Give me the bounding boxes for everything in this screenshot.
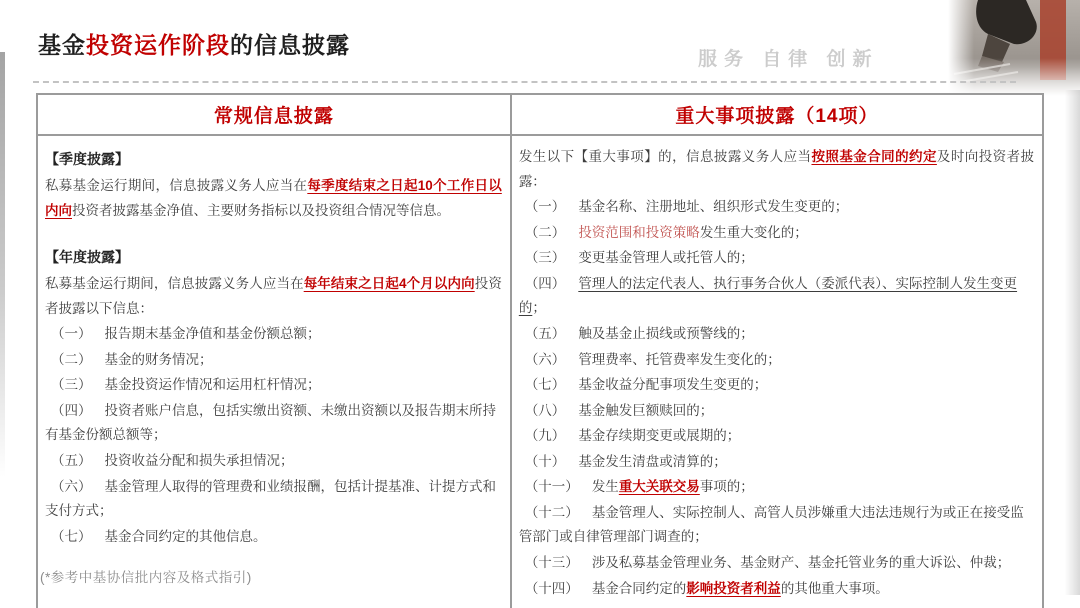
right-edge-shadow xyxy=(1062,90,1080,595)
list-item: （三）基金投资运作情况和运用杠杆情况； xyxy=(45,373,502,398)
text-segment: 发生 xyxy=(592,479,619,494)
text-segment: 基金触发巨额赎回的； xyxy=(578,403,713,418)
item-number: （二） xyxy=(51,352,92,367)
text-segment: 基金合同约定的其他信息。 xyxy=(105,529,267,544)
header-major-events-disclosure: 重大事项披露（14项） xyxy=(511,94,1043,135)
title-part-2: 的信息披露 xyxy=(230,32,350,58)
item-number: （四） xyxy=(525,276,566,291)
list-item: （五）触及基金止损线或预警线的； xyxy=(519,322,1034,347)
list-item: （七）基金收益分配事项发生变更的； xyxy=(519,373,1034,398)
item-number: （十） xyxy=(525,454,566,469)
text-segment: ； xyxy=(532,300,546,315)
list-item: （九）基金存续期变更或展期的； xyxy=(519,424,1034,449)
list-item: （十三）涉及私募基金管理业务、基金财产、基金托管业务的重大诉讼、仲裁； xyxy=(519,551,1034,576)
text-segment: 投资者账户信息，包括实缴出资额、未缴出资额以及报告期末所持有基金份额总额等； xyxy=(45,403,496,443)
item-number: （十四） xyxy=(525,581,579,596)
photo-bottom-fade xyxy=(948,58,1080,96)
item-number: （三） xyxy=(525,250,566,265)
annual-disclosure-items: （一）报告期末基金净值和基金份额总额；（二）基金的财务情况；（三）基金投资运作情… xyxy=(45,322,502,549)
item-number: （五） xyxy=(525,326,566,341)
item-number: （十三） xyxy=(525,555,579,570)
table-body-row: 【季度披露】 私募基金运行期间，信息披露义务人应当在每季度结束之日起10个工作日… xyxy=(37,135,1043,608)
title-accent: 投资运作阶段 xyxy=(86,32,230,58)
text-segment: 管理费率、托管费率发生变化的； xyxy=(578,352,781,367)
item-number: （二） xyxy=(525,225,566,240)
text-segment: 发生重大变化的； xyxy=(700,225,808,240)
text-segment: 报告期末基金净值和基金份额总额； xyxy=(105,326,321,341)
list-item: （十一）发生重大关联交易事项的； xyxy=(519,475,1034,500)
item-number: （六） xyxy=(525,352,566,367)
list-item: （八）基金触发巨额赎回的； xyxy=(519,399,1034,424)
list-item: （四）投资者账户信息，包括实缴出资额、未缴出资额以及报告期末所持有基金份额总额等… xyxy=(45,399,502,448)
list-item: （五）投资收益分配和损失承担情况； xyxy=(45,449,502,474)
list-item: （四）管理人的法定代表人、执行事务合伙人（委派代表）、实际控制人发生变更的； xyxy=(519,272,1034,321)
text-segment: 涉及私募基金管理业务、基金财产、基金托管业务的重大诉讼、仲裁； xyxy=(592,555,1011,570)
list-item: （七）基金合同约定的其他信息。 xyxy=(45,525,502,550)
item-number: （五） xyxy=(51,453,92,468)
disclosure-table: 常规信息披露 重大事项披露（14项） 【季度披露】 私募基金运行期间，信息披露义… xyxy=(36,93,1044,608)
header-regular-disclosure: 常规信息披露 xyxy=(37,94,511,135)
text-segment: 私募基金运行期间，信息披露义务人应当在 xyxy=(45,178,307,193)
item-number: （八） xyxy=(525,403,566,418)
item-number: （三） xyxy=(51,377,92,392)
list-item: （三）变更基金管理人或托管人的； xyxy=(519,246,1034,271)
text-segment: 触及基金止损线或预警线的； xyxy=(578,326,754,341)
text-segment: 的其他重大事项。 xyxy=(781,581,889,596)
quarterly-disclosure-label: 【季度披露】 xyxy=(45,147,502,172)
text-segment: 基金管理人取得的管理费和业绩报酬，包括计提基准、计提方式和支付方式； xyxy=(45,479,496,519)
cell-regular-disclosure: 【季度披露】 私募基金运行期间，信息披露义务人应当在每季度结束之日起10个工作日… xyxy=(37,135,511,608)
text-segment: 基金发生清盘或清算的； xyxy=(578,454,727,469)
list-item: （六）基金管理人取得的管理费和业绩报酬，包括计提基准、计提方式和支付方式； xyxy=(45,475,502,524)
text-segment: 基金存续期变更或展期的； xyxy=(578,428,740,443)
text-segment: 基金管理人、实际控制人、高管人员涉嫌重大违法违规行为或正在接受监管部门或自律管理… xyxy=(519,505,1024,545)
item-number: （四） xyxy=(51,403,92,418)
item-number: （九） xyxy=(525,428,566,443)
text-segment: 按照基金合同的约定 xyxy=(811,149,936,164)
list-item: （六）管理费率、托管费率发生变化的； xyxy=(519,348,1034,373)
item-number: （十二） xyxy=(525,505,579,520)
title-part-1: 基金 xyxy=(38,32,86,58)
item-number: （七） xyxy=(51,529,92,544)
text-segment: 基金收益分配事项发生变更的； xyxy=(578,377,767,392)
slogan-watermark: 服务 自律 创新 xyxy=(698,44,879,71)
text-segment: 影响投资者利益 xyxy=(686,581,781,596)
item-number: （十一） xyxy=(525,479,579,494)
list-item: （十二）基金管理人、实际控制人、高管人员涉嫌重大违法违规行为或正在接受监管部门或… xyxy=(519,501,1034,550)
table-header-row: 常规信息披露 重大事项披露（14项） xyxy=(37,94,1043,135)
list-item: （十四）基金合同约定的影响投资者利益的其他重大事项。 xyxy=(519,577,1034,602)
text-segment: 基金的财务情况； xyxy=(105,352,213,367)
text-segment: 发生以下【重大事项】的，信息披露义务人应当 xyxy=(519,149,812,164)
annual-disclosure-label: 【年度披露】 xyxy=(45,245,502,270)
text-segment: 基金投资运作情况和运用杠杆情况； xyxy=(105,377,321,392)
text-segment: 变更基金管理人或托管人的； xyxy=(578,250,754,265)
text-segment: 投资范围和投资策略 xyxy=(578,225,700,240)
page-title: 基金投资运作阶段的信息披露 xyxy=(38,27,350,60)
list-item: （一）基金名称、注册地址、组织形式发生变更的； xyxy=(519,195,1034,220)
cell-major-events: 发生以下【重大事项】的，信息披露义务人应当按照基金合同的约定及时向投资者披露： … xyxy=(511,135,1043,608)
quarterly-disclosure-paragraph: 私募基金运行期间，信息披露义务人应当在每季度结束之日起10个工作日以内向投资者披… xyxy=(45,174,502,223)
text-segment: 管理人的法定代表人、执行事务合伙人（委派代表）、实际控制人发生变更的 xyxy=(519,276,1017,316)
item-number: （一） xyxy=(525,199,566,214)
text-segment: 私募基金运行期间，信息披露义务人应当在 xyxy=(45,276,304,291)
text-segment: 基金合同约定的 xyxy=(592,581,687,596)
list-item: （一）报告期末基金净值和基金份额总额； xyxy=(45,322,502,347)
item-number: （一） xyxy=(51,326,92,341)
text-segment: 每年结束之日起4个月以内向 xyxy=(304,276,475,291)
item-number: （七） xyxy=(525,377,566,392)
text-segment: 重大关联交易 xyxy=(619,479,700,494)
text-segment: 基金名称、注册地址、组织形式发生变更的； xyxy=(578,199,848,214)
dashed-divider xyxy=(33,81,1016,83)
annual-disclosure-paragraph: 私募基金运行期间，信息披露义务人应当在每年结束之日起4个月以内向投资者披露以下信… xyxy=(45,272,502,321)
text-segment: 事项的； xyxy=(700,479,754,494)
text-segment: 投资者披露基金净值、主要财务指标以及投资组合情况等信息。 xyxy=(72,203,450,218)
text-segment: 投资收益分配和损失承担情况； xyxy=(105,453,294,468)
left-edge-shadow xyxy=(0,52,5,477)
major-events-items: （一）基金名称、注册地址、组织形式发生变更的；（二）投资范围和投资策略发生重大变… xyxy=(519,195,1034,601)
list-item: （二）基金的财务情况； xyxy=(45,348,502,373)
list-item: （二）投资范围和投资策略发生重大变化的； xyxy=(519,221,1034,246)
major-events-intro: 发生以下【重大事项】的，信息披露义务人应当按照基金合同的约定及时向投资者披露： xyxy=(519,145,1034,194)
list-item: （十）基金发生清盘或清算的； xyxy=(519,450,1034,475)
footnote: (*参考中基协信批内容及格式指引) xyxy=(40,566,252,586)
item-number: （六） xyxy=(51,479,92,494)
